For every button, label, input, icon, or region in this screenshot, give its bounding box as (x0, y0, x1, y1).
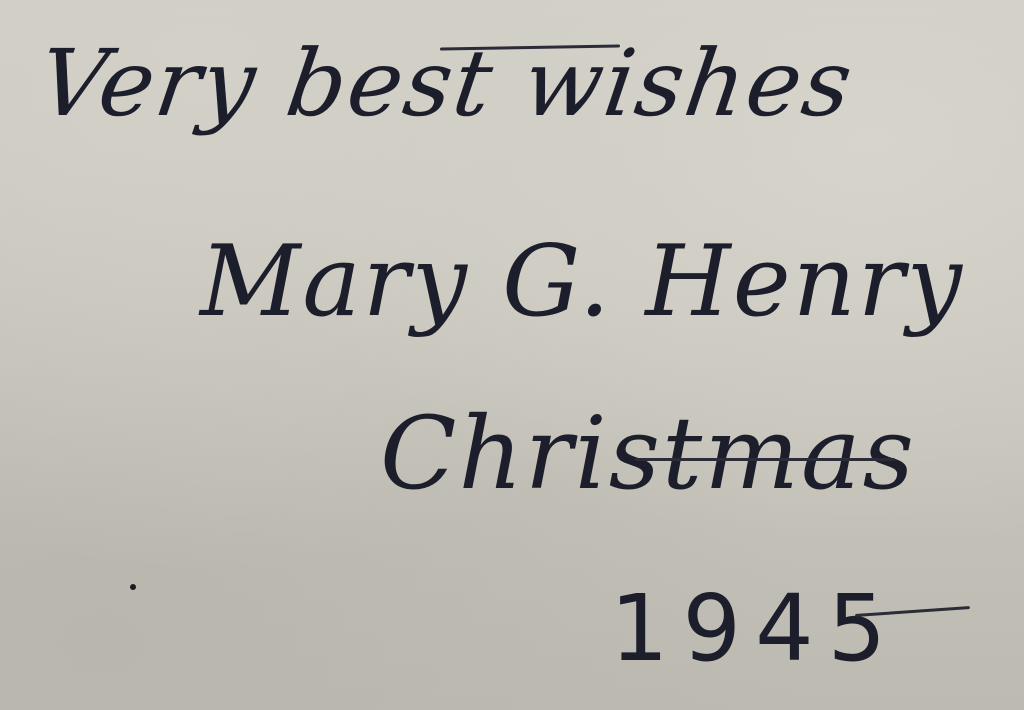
occasion-line: Christmas (380, 395, 916, 512)
greeting-line: Very best wishes (32, 30, 860, 137)
ink-speck (130, 584, 136, 590)
signature-line: Mary G. Henry (200, 225, 964, 339)
t-crossbar-stroke (635, 458, 895, 461)
year-line: 1945 (610, 575, 900, 682)
handwritten-note-paper: Very best wishes Mary G. Henry Christmas… (0, 0, 1024, 710)
